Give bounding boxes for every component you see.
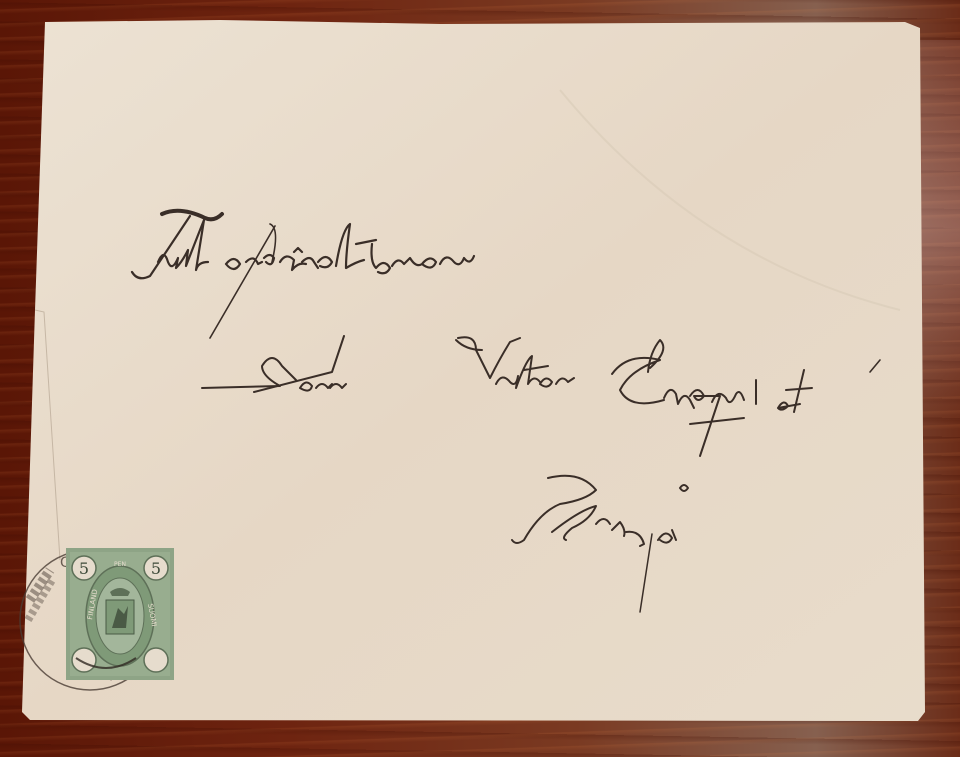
stamp-denomination-left: 5	[79, 559, 89, 578]
postage-stamp: 5 5 FINLAND SUOMI PEN	[66, 548, 174, 680]
svg-text:PEN: PEN	[114, 561, 126, 568]
stamp-denomination-right: 5	[151, 559, 161, 578]
